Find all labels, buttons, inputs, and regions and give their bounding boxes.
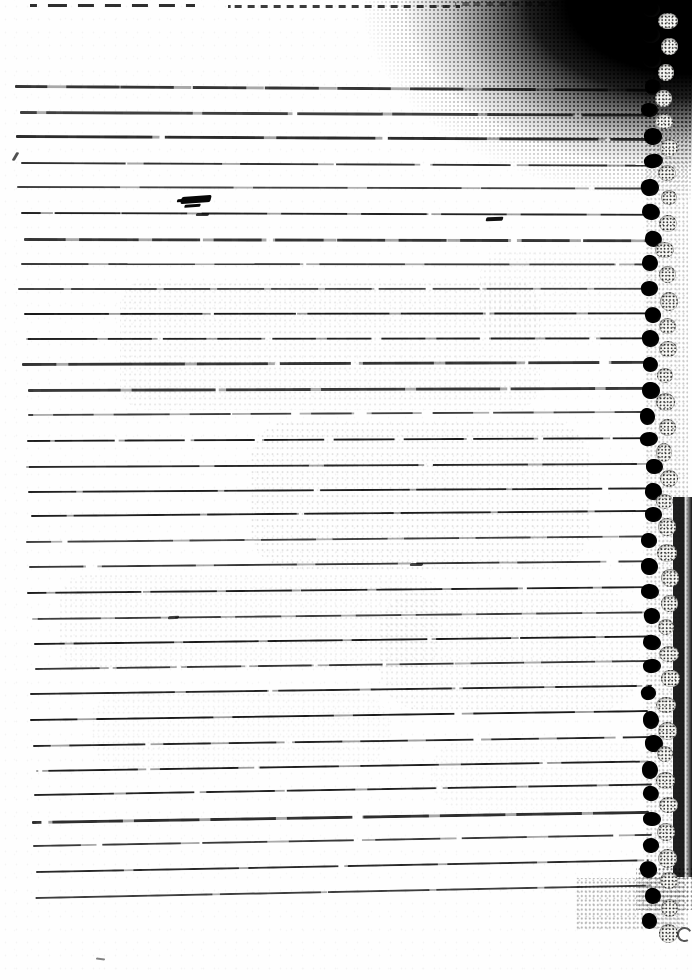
ruled-line	[24, 238, 651, 242]
ruled-line	[29, 560, 647, 567]
ruled-line	[26, 462, 649, 467]
spiral-ring-hole	[643, 711, 659, 729]
ink-mark-dash	[485, 217, 503, 222]
scan-edge-artifact	[30, 4, 195, 7]
ruled-line	[36, 859, 649, 873]
ruled-line	[32, 611, 651, 619]
spiral-ring-hole	[641, 913, 656, 929]
spiral-coil-loop	[658, 165, 676, 181]
ink-mark-dash	[410, 563, 424, 566]
ink-mark-dash	[96, 957, 106, 960]
ink-mark-scribble	[180, 195, 212, 204]
spiral-coil-loop	[659, 341, 677, 356]
spiral-coil-loop	[655, 90, 672, 107]
spiral-coil-loop	[660, 872, 678, 889]
ruled-line	[30, 710, 648, 721]
ink-mark-tick	[12, 152, 20, 161]
spiral-coil-loop	[661, 899, 678, 917]
spiral-coil-loop	[658, 518, 676, 535]
ruled-line	[34, 635, 649, 645]
spiral-ring-hole	[641, 533, 657, 548]
ruled-line	[26, 535, 649, 542]
spiral-coil-loop	[657, 823, 675, 842]
scan-shadow-top-right	[352, 0, 692, 205]
ruled-line	[33, 736, 652, 747]
spiral-coil-loop	[656, 772, 674, 789]
spiral-ring-hole	[643, 812, 661, 826]
spiral-coil-loop	[655, 242, 674, 259]
ruled-line	[27, 437, 650, 442]
spiral-coil-loop	[658, 849, 677, 868]
ink-mark-dash	[196, 213, 210, 216]
ruled-line	[35, 660, 648, 670]
spiral-ring-hole	[641, 584, 660, 600]
ruled-line	[34, 784, 652, 796]
ruled-line	[28, 411, 650, 416]
ruled-line	[33, 834, 652, 848]
spiral-coil-loop	[661, 595, 677, 613]
ruled-line	[32, 810, 649, 823]
spiral-coil-loop	[659, 924, 678, 943]
ruled-line	[21, 263, 652, 265]
spiral-coil-loop	[659, 797, 678, 813]
scan-noise-band	[250, 420, 590, 570]
notebook-page	[0, 0, 692, 980]
ruled-line	[28, 487, 650, 493]
spiral-coil-loop	[659, 646, 678, 662]
ruled-line	[36, 761, 649, 772]
ruled-line	[18, 288, 649, 290]
ruled-line	[21, 212, 647, 216]
spiral-coil-loop	[658, 13, 678, 29]
scan-noise-band	[380, 590, 640, 710]
ruled-line	[28, 387, 650, 392]
scan-noise-band	[90, 690, 390, 770]
spiral-coil-loop	[656, 697, 676, 713]
ink-mark-dash	[168, 616, 180, 620]
ruled-line	[22, 361, 648, 366]
spiral-coil-loop	[659, 215, 677, 232]
spiral-coil-loop	[660, 470, 678, 488]
spiral-coil-loop	[661, 670, 679, 688]
spiral-coil-loop	[657, 368, 673, 383]
spiral-coil-loop	[661, 569, 679, 586]
spiral-coil-loop	[661, 38, 678, 55]
scan-noise-band	[430, 740, 650, 810]
spiral-coil-loop	[658, 722, 677, 740]
ruled-line	[31, 510, 649, 517]
spiral-coil-loop	[660, 292, 678, 311]
ruled-line	[27, 586, 649, 594]
ruled-line	[26, 338, 653, 341]
ruled-line	[24, 313, 648, 315]
ruled-line	[35, 884, 652, 898]
ruled-line	[30, 684, 652, 694]
spiral-coil-loop	[657, 544, 677, 562]
